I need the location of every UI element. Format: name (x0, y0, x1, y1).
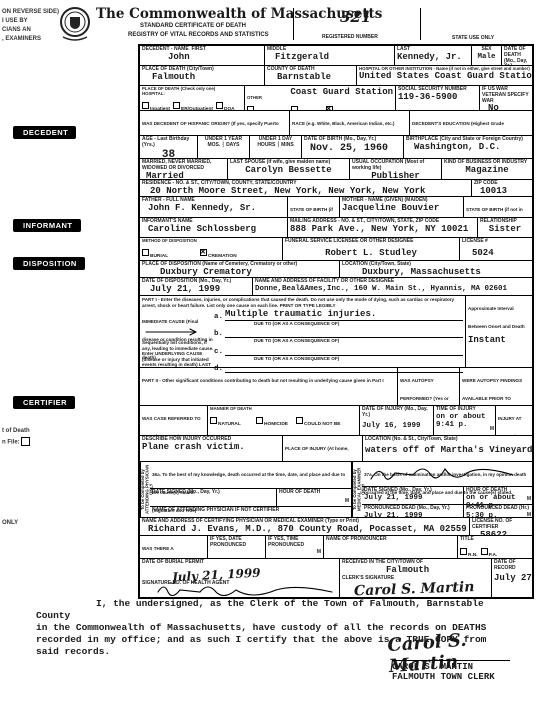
er-outpatient-checkbox (173, 102, 180, 109)
cremation-label: CREMATION (208, 254, 237, 259)
place-disposition-value: Duxbury Crematory (160, 268, 337, 277)
cause-b-blank (225, 329, 463, 338)
sex-value: Male (474, 53, 499, 61)
part2-label: PART II - Other significant conditions c… (142, 378, 384, 383)
disposition-location-value: Duxbury, Massachusetts (362, 268, 530, 277)
funeral-licensee-label: FUNERAL SERVICE LICENSEE OR OTHER DESIGN… (285, 239, 457, 245)
line-b-prefix: b. (214, 330, 223, 338)
pronouncer-name-label: NAME OF PRONOUNCER (326, 537, 455, 543)
disposition-license-label: LICENSE # (462, 239, 530, 245)
first-label: FIRST (191, 46, 205, 52)
row-place-type: PLACE OF DEATH (Check only one) HOSPITAL… (140, 86, 532, 111)
rn-checkbox (460, 548, 467, 555)
informant-address-value: 888 Park Ave., New York, NY 10021 (290, 225, 475, 235)
industry-value: Magazine (444, 166, 530, 176)
row-disposition-method: METHOD OF DISPOSITION BURIALENTOMBMENTDO… (140, 238, 532, 261)
marital-value: Married (146, 172, 225, 180)
massachusetts-state-seal-icon (58, 4, 92, 47)
row-burial-permit: DATE OF BURIAL PERMIT July 21, 1999 SIGN… (140, 559, 532, 597)
birthplace-value: Washington, D.C. (414, 143, 530, 153)
margin-note-only: ONLY (2, 520, 18, 526)
clerk-signature-block: CAROL S. MARTIN FALMOUTH TOWN CLERK (392, 660, 510, 683)
first-name-value: John (168, 53, 262, 63)
injury-location-value: waters off of Martha's Vineyard, MA (365, 446, 530, 456)
minutes-label: MINS (281, 142, 294, 148)
er-outpatient-label: ER/Outpatient (181, 107, 213, 110)
place-of-death-value: Falmouth (152, 73, 262, 83)
clerk-signature-value: Carol S. Martin (354, 579, 489, 597)
informant-name-value: Caroline Schlossberg (148, 225, 285, 235)
referred-me-label: WAS CASE REFERRED TO M.E.? (Yes or No) (142, 416, 201, 435)
natural-checkbox (210, 417, 217, 424)
certificate-form: DECEDENT - NAME FIRSTJohn MIDDLEFitzgera… (138, 44, 534, 599)
injury-time-value-1: on or about (436, 413, 493, 421)
registered-number-value: 321 (340, 8, 371, 26)
margin-note-2: I USE BY (2, 18, 28, 24)
middle-name-value: Fitzgerald (275, 53, 392, 63)
margin-note-1: ON REVERSE SIDE) (2, 9, 59, 15)
death-certificate-page: { "header": { "note1": "ON REVERSE SIDE)… (0, 0, 536, 702)
cause-c-blank (225, 347, 463, 356)
how-injury-value: Plane crash victim. (142, 443, 280, 453)
disposition-license-value: 5024 (472, 249, 530, 259)
certifier-license-value: 58622 (480, 531, 530, 536)
part1-header: PART I - Enter the diseases, injuries, o… (142, 297, 463, 308)
certification-line-1: I, the undersigned, as the Clerk of the … (36, 598, 484, 621)
facility-value: Donne,Beal&Ames,Inc., 160 W. Main St., H… (255, 285, 530, 293)
autopsy-label: WAS AUTOPSY PERFORMED? (Yes or No) (400, 378, 449, 405)
father-state-label: STATE OF BIRTH (if not in U.S. name coun… (290, 207, 333, 217)
row-manner-of-death: WAS CASE REFERRED TO M.E.? (Yes or No)Ye… (140, 406, 532, 436)
burial-label: BURIAL (150, 254, 168, 259)
injury-date-label: DATE OF INJURY (Mo., Day, Yr.) (362, 407, 431, 419)
ssn-value: 119-36-5900 (398, 93, 477, 103)
inpatient-checkbox (142, 102, 149, 109)
natural-label: NATURAL (218, 422, 241, 427)
county-value: Barnstable (277, 73, 354, 83)
row-pronouncement: WAS THERE A PRONOUNCEMENT FORM? (Yes or … (140, 536, 532, 559)
pronounced-hour-m: M (527, 513, 531, 517)
due-to-label-3: DUE TO (OR AS A CONSEQUENCE OF) (254, 356, 463, 362)
undetermined-label: COULD NOT BE DETERMINED (296, 422, 341, 435)
pronounced-if-time-label: IF YES, TIME PRONOUNCED (268, 537, 321, 549)
line-a-prefix: a. (214, 313, 223, 321)
marital-label: MARRIED, NEVER MARRIED, WIDOWED OR DIVOR… (142, 160, 225, 172)
sidebar-informant-label: INFORMANT (13, 219, 81, 232)
inpatient-label: Inpatient (150, 107, 170, 110)
hispanic-origin-label: WAS DECEDENT OF HISPANIC ORIGIN? (If yes… (142, 121, 279, 135)
row-place-disposition: PLACE OF DISPOSITION (Name of Cemetery, … (140, 261, 532, 278)
attending-physician-side-label: To be Completed by ATTENDING PHYSICIAN O… (140, 462, 150, 517)
pronounced-if-date-label: IF YES, DATE PRONOUNCED (210, 537, 263, 549)
undetermined-checkbox (296, 417, 303, 424)
attending-hour-label: HOUR OF DEATH (279, 490, 349, 496)
days-label: DAYS (226, 142, 239, 148)
row-hispanic-race-education: WAS DECEDENT OF HISPANIC ORIGIN? (If yes… (140, 111, 532, 136)
line-c-prefix: c. (214, 348, 223, 356)
doa-label: DOA (224, 107, 235, 110)
pronounced-hour-label: PRONOUNCED DEAD (Hr.) (466, 506, 530, 512)
zip-value: 10013 (480, 187, 530, 196)
header-divider-left (293, 8, 294, 40)
row-certifier-name: NAME AND ADDRESS OF CERTIFYING PHYSICIAN… (140, 518, 532, 536)
interval-a-value: Instant (468, 336, 530, 346)
injury-at-work-label: INJURY AT WORK (Yes or No) (498, 416, 529, 435)
cremation-checkbox-checked (200, 249, 207, 256)
cause-arrow-icon (144, 328, 204, 336)
state-use-only-label: STATE USE ONLY (452, 35, 494, 41)
relationship-value: Sister (480, 225, 530, 235)
health-agent-signature (154, 584, 334, 596)
sequential-cause-label: Sequentially list conditions, if any, le… (142, 340, 214, 368)
medical-examiner-signature (366, 464, 526, 484)
pronouncement-form-label: WAS THERE A PRONOUNCEMENT FORM? (Yes or … (142, 546, 202, 558)
header-divider-right (420, 8, 421, 40)
pronounced-date-value: July 21, 1999 (364, 512, 461, 517)
due-to-label-2: DUE TO (OR AS A CONSEQUENCE OF) (254, 338, 463, 344)
certificate-subtitle: STANDARD CERTIFICATE OF DEATH (140, 23, 246, 29)
margin-note-4: , EXAMINERS (2, 36, 41, 42)
nursing-home-checkbox (247, 106, 254, 110)
burial-checkbox (142, 249, 149, 256)
last-name-value: Kennedy, Jr. (397, 53, 469, 63)
injury-time-m: M (490, 427, 494, 433)
date-of-record-label: DATE OF RECORD (494, 560, 530, 572)
race-label: RACE (e.g. White, Black, American Indian… (292, 121, 394, 135)
residence-checkbox (291, 106, 298, 110)
signature-line (392, 660, 510, 661)
date-of-death-label: DATE OF DEATH (Mo., Day, Yr.) (504, 47, 530, 65)
place-of-injury-label: PLACE OF INJURY (At home, farm, street, … (285, 446, 356, 461)
residence-value: 20 North Moore Street, New York, New Yor… (150, 187, 469, 196)
row-date-disposition: DATE OF DISPOSITION (Mo., Day, Yr.)July … (140, 278, 532, 296)
row-informant: INFORMANT'S NAMECaroline Schlossberg MAI… (140, 218, 532, 238)
pronounced-date-label: PRONOUNCED DEAD (Mo., Day, Yr.) (364, 506, 461, 512)
occupation-label: USUAL OCCUPATION (Most of working life) (352, 160, 439, 172)
injury-location-label: LOCATION (No. & St., City/Town, State) (365, 437, 530, 443)
row-place-of-death: PLACE OF DEATH (City/Town)Falmouth COUNT… (140, 66, 532, 86)
pronouncer-title-label: TITLE (460, 537, 530, 543)
pronounced-if-time-m: M (317, 550, 321, 556)
autopsy-findings-label: WERE AUTOPSY FINDINGS AVAILABLE PRIOR TO… (462, 378, 525, 405)
occupation-value: Publisher (352, 172, 439, 180)
received-town-value: Falmouth (386, 566, 489, 576)
certifier-license-label: LICENSE NO. OF CERTIFIER (472, 519, 530, 531)
dob-value: Nov. 25, 1960 (310, 143, 401, 154)
father-value: John F. Kennedy, Sr. (148, 204, 285, 214)
row-marital-occupation: MARRIED, NEVER MARRIED, WIDOWED OR DIVOR… (140, 159, 532, 180)
hours-label: HOURS (257, 142, 275, 148)
sidebar-decedent-label: DECEDENT (13, 126, 76, 139)
file-checkbox (21, 437, 30, 446)
examiner-hour-m: M (527, 497, 531, 503)
injury-time-value-2: 9:41 p. (436, 421, 493, 429)
certifier-name-value: Richard J. Evans, M.D., 870 County Road,… (148, 525, 467, 535)
row-certification: To be Completed by ATTENDING PHYSICIAN O… (140, 462, 532, 518)
row-cause-of-death: PART I - Enter the diseases, injuries, o… (140, 296, 532, 368)
sidebar-certifier-label: CERTIFIER (13, 396, 75, 409)
funeral-licensee-value: Robert L. Studley (285, 249, 457, 259)
institution-value: United States Coast Guard Station (359, 72, 530, 82)
homicide-checkbox (256, 417, 263, 424)
row-parents: FATHER - FULL NAMEJohn F. Kennedy, Sr. S… (140, 197, 532, 218)
rn-label: R.N. (468, 553, 478, 558)
margin-note-3: CIANS AN (2, 27, 31, 33)
date-disposition-value: July 21, 1999 (150, 285, 250, 295)
education-label: DECEDENT'S EDUCATION (Highest Grade Comp… (412, 121, 504, 135)
doa-checkbox (216, 102, 223, 109)
attending-hour-m: M (345, 499, 349, 505)
sidebar-disposition-label: DISPOSITION (13, 257, 85, 270)
other-specify-value: Coast Guard Station (290, 88, 393, 98)
pa-label: P.A. (489, 553, 498, 558)
examiner-hour-value-1: on or about (466, 494, 530, 502)
row-injury-description: DESCRIBE HOW INJURY OCCURREDPlane crash … (140, 436, 532, 462)
pa-checkbox (481, 548, 488, 555)
mother-value: Jacqueline Bouvier (342, 204, 461, 214)
interval-label: Approximate Interval Between Onset and D… (468, 306, 525, 329)
clerk-printed-title: FALMOUTH TOWN CLERK (392, 673, 510, 683)
months-label: MOS. (207, 142, 220, 148)
pronounced-hour-value: 5:30 p. (466, 512, 530, 517)
homicide-label: HOMICIDE (264, 422, 288, 427)
certification-line-4: said records. (36, 646, 110, 657)
injury-date-value: July 16, 1999 (362, 422, 431, 430)
margin-note-death: t of Death (2, 428, 30, 434)
attending-date-signed-label: DATE SIGNED (Mo., Day, Yr.) (152, 490, 274, 496)
age-label: AGE - Last Birthday (Yrs.) (142, 137, 195, 149)
other-checkbox-checked (326, 106, 333, 110)
veteran-value: No (488, 104, 530, 110)
registry-subtitle: REGISTRY OF VITAL RECORDS AND STATISTICS (128, 32, 269, 38)
medical-examiner-side-label: To be Completed by MEDICAL EXAMINER ONLY (352, 462, 362, 517)
row-decedent-name: DECEDENT - NAME FIRSTJohn MIDDLEFitzgera… (140, 46, 532, 66)
veteran-label: IF US WAR VETERAN SPECIFY WAR (482, 87, 530, 104)
registered-number-label: REGISTERED NUMBER (322, 34, 378, 40)
age-value: 38 (142, 149, 195, 159)
attending-name-label: NAME OF ATTENDING PHYSICIAN IF NOT CERTI… (152, 508, 349, 514)
row-residence: RESIDENCE - NO. & ST., CITY/TOWN, COUNTY… (140, 180, 532, 197)
mother-state-label: STATE OF BIRTH (if not in the U.S. name … (466, 207, 523, 217)
cause-a-value: Multiple traumatic injuries. (225, 310, 463, 321)
date-of-record-value: July 27, 1999 (494, 574, 530, 584)
due-to-label-1: DUE TO (OR AS A CONSEQUENCE OF) (254, 321, 463, 327)
certification-line-2: in the Commonwealth of Massachusetts, ha… (36, 622, 486, 633)
row-part2-autopsy: PART II - Other significant conditions c… (140, 368, 532, 406)
spouse-value: Carolyn Bessette (230, 166, 347, 176)
row-age-dob-birthplace: AGE - Last Birthday (Yrs.)38 UNDER 1 YEA… (140, 136, 532, 159)
margin-note-file: n File: (2, 437, 31, 447)
